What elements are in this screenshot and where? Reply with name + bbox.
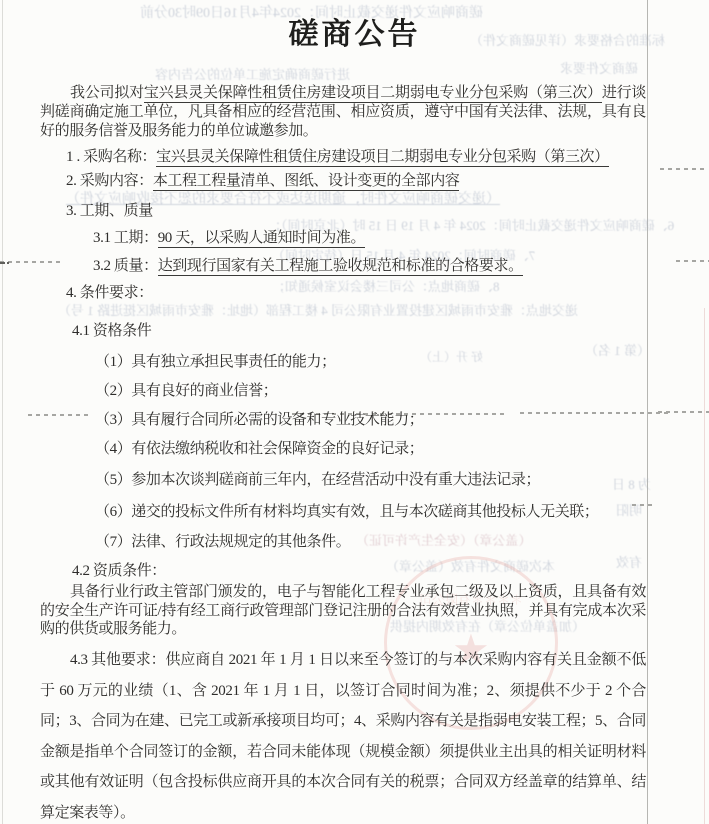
scanned-document-page: 磋商响应文件递交截止时间：2024年4月16日09时30分前标准的合格要求（详见… bbox=[0, 0, 709, 824]
condition-item-4: （4）有依法缴纳税收和社会保障资金的良好记录； bbox=[40, 440, 701, 459]
quality-label: 3.2 质量： bbox=[93, 258, 158, 274]
credential-heading: 4.2 资质条件： bbox=[40, 562, 678, 581]
condition-item-5: （5）参加本次谈判磋商前三年内，在经营活动中没有重大违法记录； bbox=[40, 471, 701, 490]
condition-item-7: （7）法律、行政法规规定的其他条件。 bbox=[40, 533, 701, 552]
procurement-content-label: 2. 采购内容： bbox=[66, 173, 153, 189]
intro-text-pre: 我公司拟对 bbox=[70, 85, 144, 101]
page-left-edge-line bbox=[2, 0, 3, 824]
procurement-name-label: 1 . 采购名称： bbox=[66, 149, 156, 165]
duration-value: 90 天，以采购人通知时间为准。 bbox=[158, 230, 365, 248]
bleed-through-text: 磋商文件要求 bbox=[560, 58, 638, 77]
duration-item: 3.1 工期：90 天，以采购人通知时间为准。 bbox=[40, 229, 699, 248]
intro-underlined-project-name: 宝兴县灵关保障性租赁住房建设项目二期弱电专业分包采购（第三次） bbox=[144, 85, 602, 103]
section-3-heading: 3. 工期、质量 bbox=[40, 202, 672, 221]
procurement-name-value: 宝兴县灵关保障性租赁住房建设项目二期弱电专业分包采购（第三次） bbox=[156, 149, 609, 167]
other-requirements-paragraph: 4.3 其他要求：供应商自 2021 年 1 月 1 日以来至今签订的与本次采购… bbox=[40, 645, 646, 824]
quality-value: 达到现行国家有关工程施工验收规范和标准的合格要求。 bbox=[158, 258, 523, 276]
procurement-content-item: 2. 采购内容：本工程工程量清单、图纸、设计变更的全部内容 bbox=[40, 172, 672, 191]
page-title: 磋商公告 bbox=[0, 18, 709, 52]
bleed-through-text: 进行磋商确定施工单位的公告内容 bbox=[155, 64, 350, 83]
procurement-name-item: 1 . 采购名称：宝兴县灵关保障性租赁住房建设项目二期弱电专业分包采购（第三次） bbox=[40, 148, 672, 167]
condition-item-6: （6）递交的投标文件所有材料均真实有效，且与本次磋商其他投标人无关联； bbox=[40, 503, 701, 522]
intro-paragraph: 我公司拟对宝兴县灵关保障性租赁住房建设项目二期弱电专业分包采购（第三次）进行谈判… bbox=[40, 84, 646, 141]
scan-artifact-line bbox=[704, 308, 705, 824]
quality-item: 3.2 质量：达到现行国家有关工程施工验收规范和标准的合格要求。 bbox=[40, 257, 699, 276]
condition-item-1: （1）具有独立承担民事责任的能力； bbox=[40, 353, 701, 372]
fold-line bbox=[0, 262, 9, 264]
credential-paragraph: 具备行业行政主管部门颁发的，电子与智能化工程专业承包二级及以上资质，且具备有效的… bbox=[40, 583, 646, 639]
condition-item-2: （2）具有良好的商业信誉； bbox=[40, 382, 701, 401]
section-4-heading: 4. 条件要求： bbox=[40, 284, 672, 303]
qualification-heading: 4.1 资格条件 bbox=[40, 322, 678, 341]
condition-item-3: （3）具有履行合同所必需的设备和专业技术能力； bbox=[40, 411, 701, 430]
fold-line bbox=[660, 168, 705, 170]
procurement-content-value: 本工程工程量清单、图纸、设计变更的全部内容 bbox=[153, 173, 460, 191]
duration-label: 3.1 工期： bbox=[93, 230, 158, 246]
